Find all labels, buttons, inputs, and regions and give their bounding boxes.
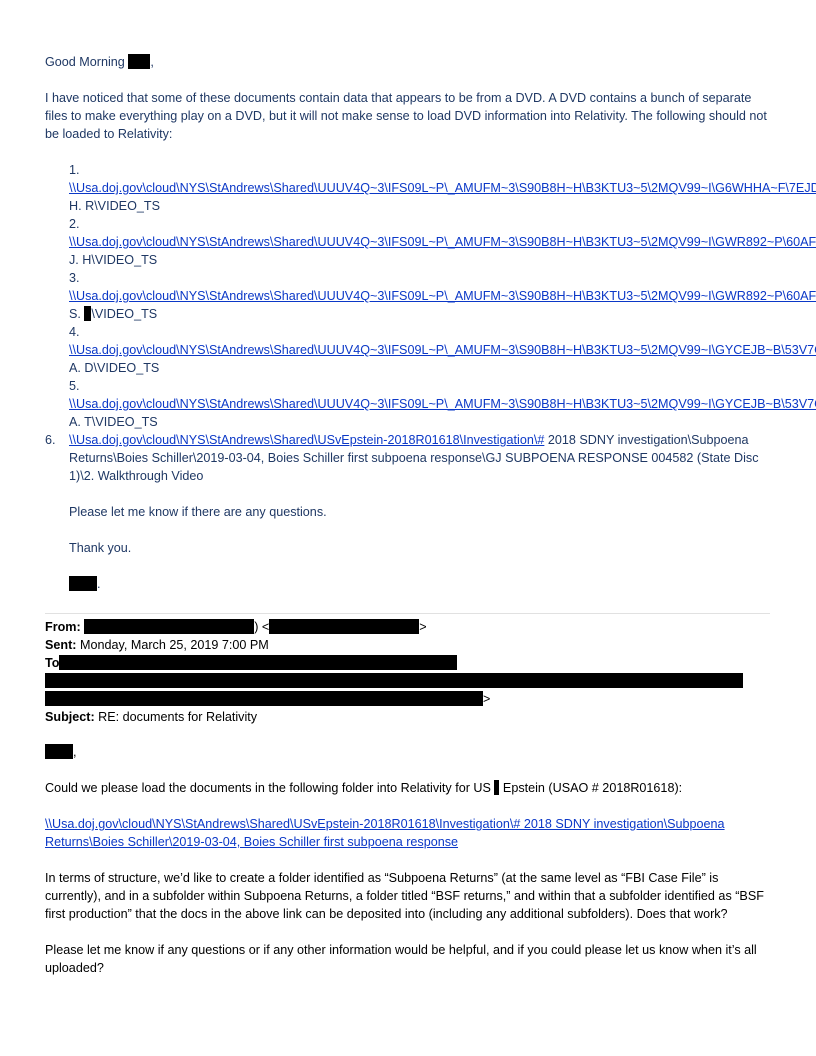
to-continued-line bbox=[45, 672, 775, 690]
file-path-link[interactable]: \\Usa.doj.gov\cloud\NYS\StAndrews\Shared… bbox=[69, 289, 816, 303]
to-continued-line: > bbox=[45, 690, 775, 708]
file-path-link[interactable]: \\Usa.doj.gov\cloud\NYS\StAndrews\Shared… bbox=[69, 397, 816, 411]
redaction-block bbox=[128, 54, 150, 69]
request-paragraph: Could we please load the documents in th… bbox=[45, 779, 775, 797]
divider bbox=[45, 613, 770, 614]
to-line: To bbox=[45, 654, 775, 672]
file-path-link[interactable]: \\Usa.doj.gov\cloud\NYS\StAndrews\Shared… bbox=[69, 181, 816, 195]
redaction-block bbox=[269, 619, 419, 634]
closing-paragraph: Please let me know if any questions or i… bbox=[45, 941, 775, 977]
list-item: 5. \\Usa.doj.gov\cloud\NYS\StAndrews\Sha… bbox=[45, 377, 775, 431]
redaction-block bbox=[59, 655, 457, 670]
greeting-line: Good Morning , bbox=[45, 53, 775, 71]
redaction-block bbox=[45, 744, 73, 759]
closing-question: Please let me know if there are any ques… bbox=[69, 503, 775, 521]
email-header: From: ) <> Sent: Monday, March 25, 2019 … bbox=[45, 618, 775, 726]
signature: . bbox=[69, 575, 775, 593]
thanks: Thank you. bbox=[69, 539, 775, 557]
folder-link-paragraph: \\Usa.doj.gov\cloud\NYS\StAndrews\Shared… bbox=[45, 815, 775, 851]
redaction-block bbox=[45, 691, 483, 706]
reply-greeting: , bbox=[45, 743, 775, 761]
excluded-files-list: 1. \\Usa.doj.gov\cloud\NYS\StAndrews\Sha… bbox=[45, 161, 775, 485]
file-path-link[interactable]: \\Usa.doj.gov\cloud\NYS\StAndrews\Shared… bbox=[69, 433, 544, 447]
file-path-link[interactable]: \\Usa.doj.gov\cloud\NYS\StAndrews\Shared… bbox=[69, 343, 816, 357]
list-item: 2. \\Usa.doj.gov\cloud\NYS\StAndrews\Sha… bbox=[45, 215, 775, 269]
redaction-block bbox=[84, 619, 254, 634]
list-item: 4. \\Usa.doj.gov\cloud\NYS\StAndrews\Sha… bbox=[45, 323, 775, 377]
structure-paragraph: In terms of structure, we’d like to crea… bbox=[45, 869, 775, 923]
redaction-block bbox=[45, 673, 743, 688]
folder-path-link[interactable]: \\Usa.doj.gov\cloud\NYS\StAndrews\Shared… bbox=[45, 817, 725, 849]
intro-paragraph: I have noticed that some of these docume… bbox=[45, 89, 775, 143]
redaction-block bbox=[69, 576, 97, 591]
top-email-body: Good Morning , I have noticed that some … bbox=[45, 53, 775, 593]
reply-email-body: , Could we please load the documents in … bbox=[45, 743, 775, 995]
list-item: 6. \\Usa.doj.gov\cloud\NYS\StAndrews\Sha… bbox=[45, 431, 775, 485]
list-item: 3. \\Usa.doj.gov\cloud\NYS\StAndrews\Sha… bbox=[45, 269, 775, 323]
file-path-link[interactable]: \\Usa.doj.gov\cloud\NYS\StAndrews\Shared… bbox=[69, 235, 816, 249]
subject-line: Subject: RE: documents for Relativity bbox=[45, 708, 775, 726]
sent-line: Sent: Monday, March 25, 2019 7:00 PM bbox=[45, 636, 775, 654]
list-item: 1. \\Usa.doj.gov\cloud\NYS\StAndrews\Sha… bbox=[45, 161, 775, 215]
greeting: Good Morning bbox=[45, 55, 125, 69]
from-line: From: ) <> bbox=[45, 618, 775, 636]
